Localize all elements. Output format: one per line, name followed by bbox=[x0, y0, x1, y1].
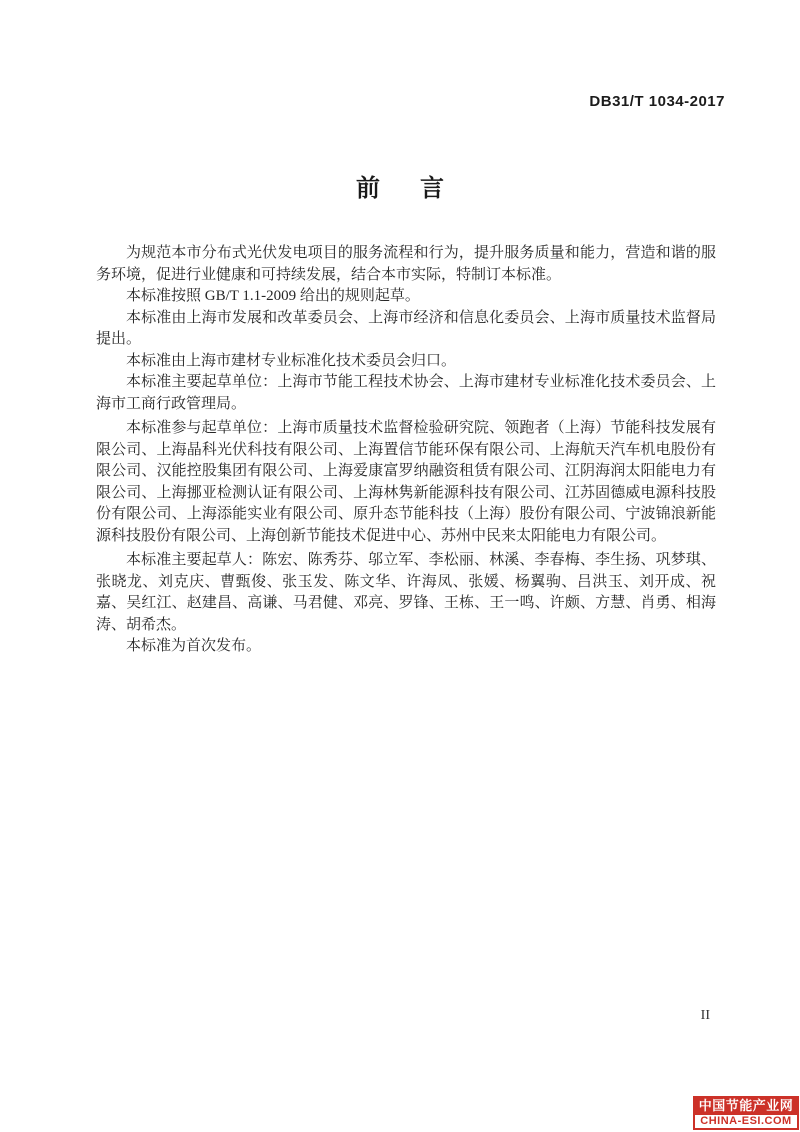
page-title: 前 言 bbox=[0, 168, 800, 203]
foreword-paragraph: 本标准主要起草人：陈宏、陈秀芬、邬立军、李松丽、林溪、李春梅、李生扬、巩梦琪、张… bbox=[96, 550, 716, 636]
foreword-paragraph: 本标准由上海市发展和改革委员会、上海市经济和信息化委员会、上海市质量技术监督局提… bbox=[96, 308, 716, 351]
foreword-paragraph: 本标准按照 GB/T 1.1-2009 给出的规则起草。 bbox=[96, 286, 716, 308]
page-number: II bbox=[701, 1008, 710, 1024]
foreword-paragraph: 本标准主要起草单位：上海市节能工程技术协会、上海市建材专业标准化技术委员会、上海… bbox=[96, 372, 716, 415]
foreword-paragraph: 本标准为首次发布。 bbox=[96, 636, 716, 658]
watermark-site-name: 中国节能产业网 bbox=[693, 1096, 799, 1115]
site-watermark: 中国节能产业网 CHINA-ESI.COM bbox=[693, 1096, 799, 1130]
document-page: DB31/T 1034-2017 前 言 为规范本市分布式光伏发电项目的服务流程… bbox=[0, 0, 800, 1132]
foreword-paragraph: 本标准由上海市建材专业标准化技术委员会归口。 bbox=[96, 351, 716, 373]
foreword-body: 为规范本市分布式光伏发电项目的服务流程和行为，提升服务质量和能力，营造和谐的服务… bbox=[96, 243, 716, 658]
foreword-paragraph: 本标准参与起草单位：上海市质量技术监督检验研究院、领跑者（上海）节能科技发展有限… bbox=[96, 418, 716, 547]
watermark-site-domain: CHINA-ESI.COM bbox=[693, 1115, 799, 1130]
standard-code: DB31/T 1034-2017 bbox=[589, 93, 725, 110]
foreword-paragraph: 为规范本市分布式光伏发电项目的服务流程和行为，提升服务质量和能力，营造和谐的服务… bbox=[96, 243, 716, 286]
